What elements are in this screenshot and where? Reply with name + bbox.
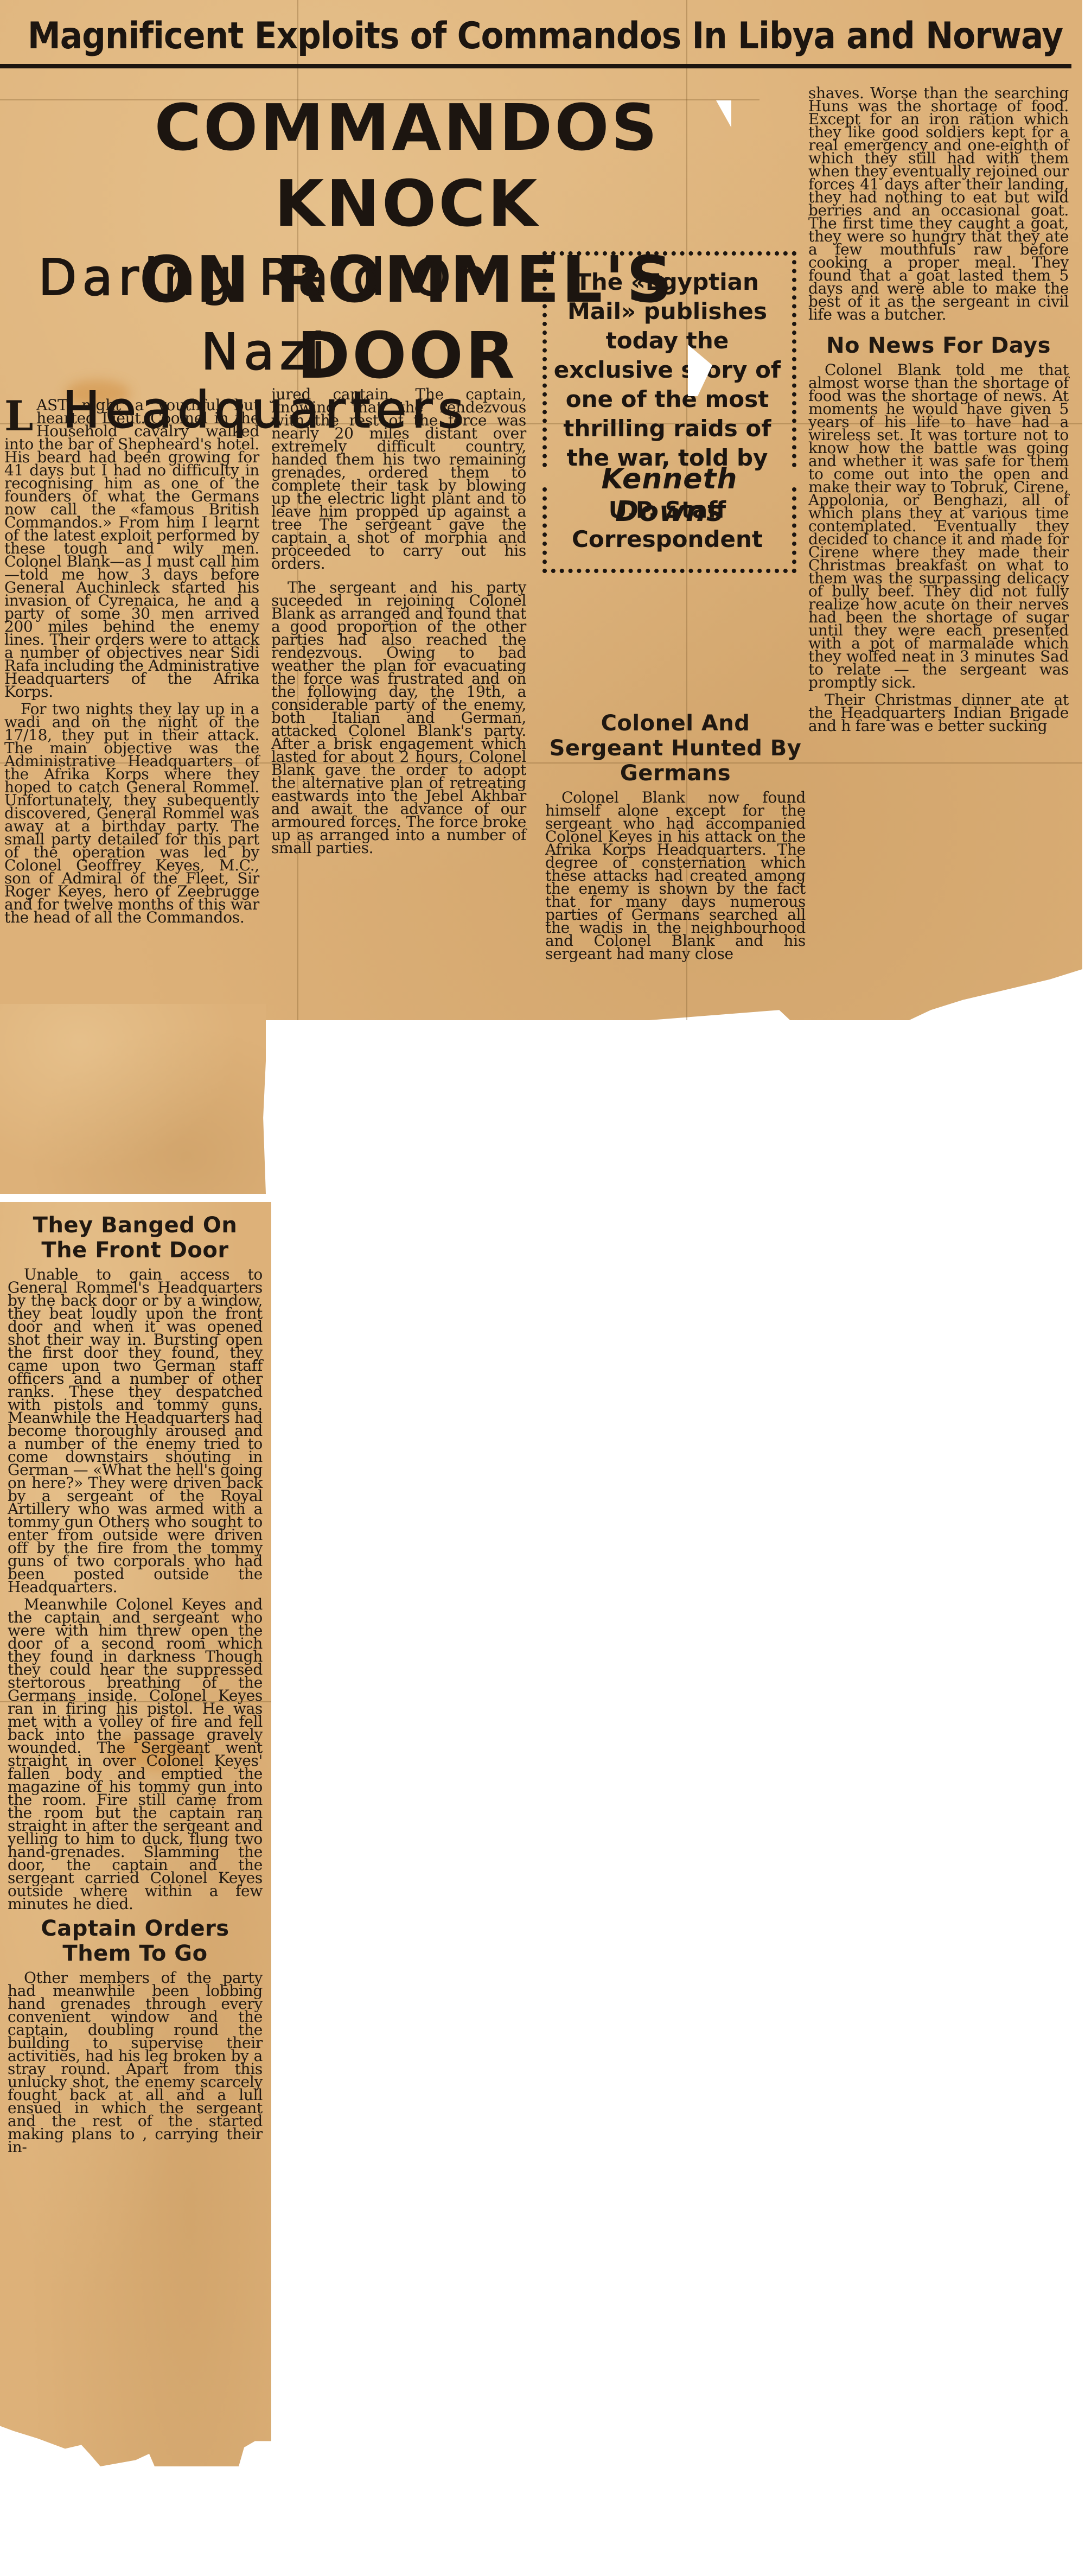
clipping-upper-left-strip [0,1004,266,1194]
section-heading: Colonel And Sergeant Hunted By Germans [545,711,806,786]
paragraph: The sergeant and his party suceeded in r… [271,581,526,855]
promo-author-title: U.P. Staff Correspondent [553,495,781,554]
paragraph: shaves. Worse than the searching Huns wa… [808,87,1069,321]
article-column-3: Colonel And Sergeant Hunted By Germans C… [545,705,806,965]
article-column-4: shaves. Worse than the searching Huns wa… [808,87,1069,737]
paragraph: For two nights they lay up in a wadi and… [4,703,259,924]
article-column-5: They Banged On The Front Door Unable to … [8,1207,263,2158]
paragraph: LAST night a youthful but hearted Lieut.… [4,399,259,698]
paragraph: jured captain. The captain, knowing that… [271,388,526,570]
banner-headline: Magnificent Exploits of Commandos In Lib… [22,12,1069,61]
subhead-line-1: Daring Raid On [0,249,532,307]
promo-text: The «Egyptian Mail» publishes today the … [553,268,781,473]
section-heading: They Banged On The Front Door [8,1213,263,1263]
article-column-1: LAST night a youthful but hearted Lieut.… [4,399,259,928]
section-heading: Captain Orders Them To Go [8,1916,263,1966]
paragraph: Their Christmas dinner ate at the Headqu… [808,694,1069,733]
paragraph: Unable to gain access to General Rommel'… [8,1268,263,1594]
section-heading: No News For Days [808,333,1069,358]
paragraph: Other members of the party had meanwhile… [8,1971,263,2154]
paragraph: Colonel Blank now found himself alone ex… [545,791,806,961]
drop-cap: L [4,400,33,432]
article-column-2: jured captain. The captain, knowing that… [271,388,526,859]
promo-box: The «Egyptian Mail» publishes today the … [542,251,792,696]
paragraph: Colonel Blank told me that almost worse … [808,364,1069,689]
banner-rule [0,64,1071,68]
paragraph: Meanwhile Colonel Keyes and the captain … [8,1598,263,1911]
headline-line-1: COMMANDOS KNOCK [33,90,781,241]
